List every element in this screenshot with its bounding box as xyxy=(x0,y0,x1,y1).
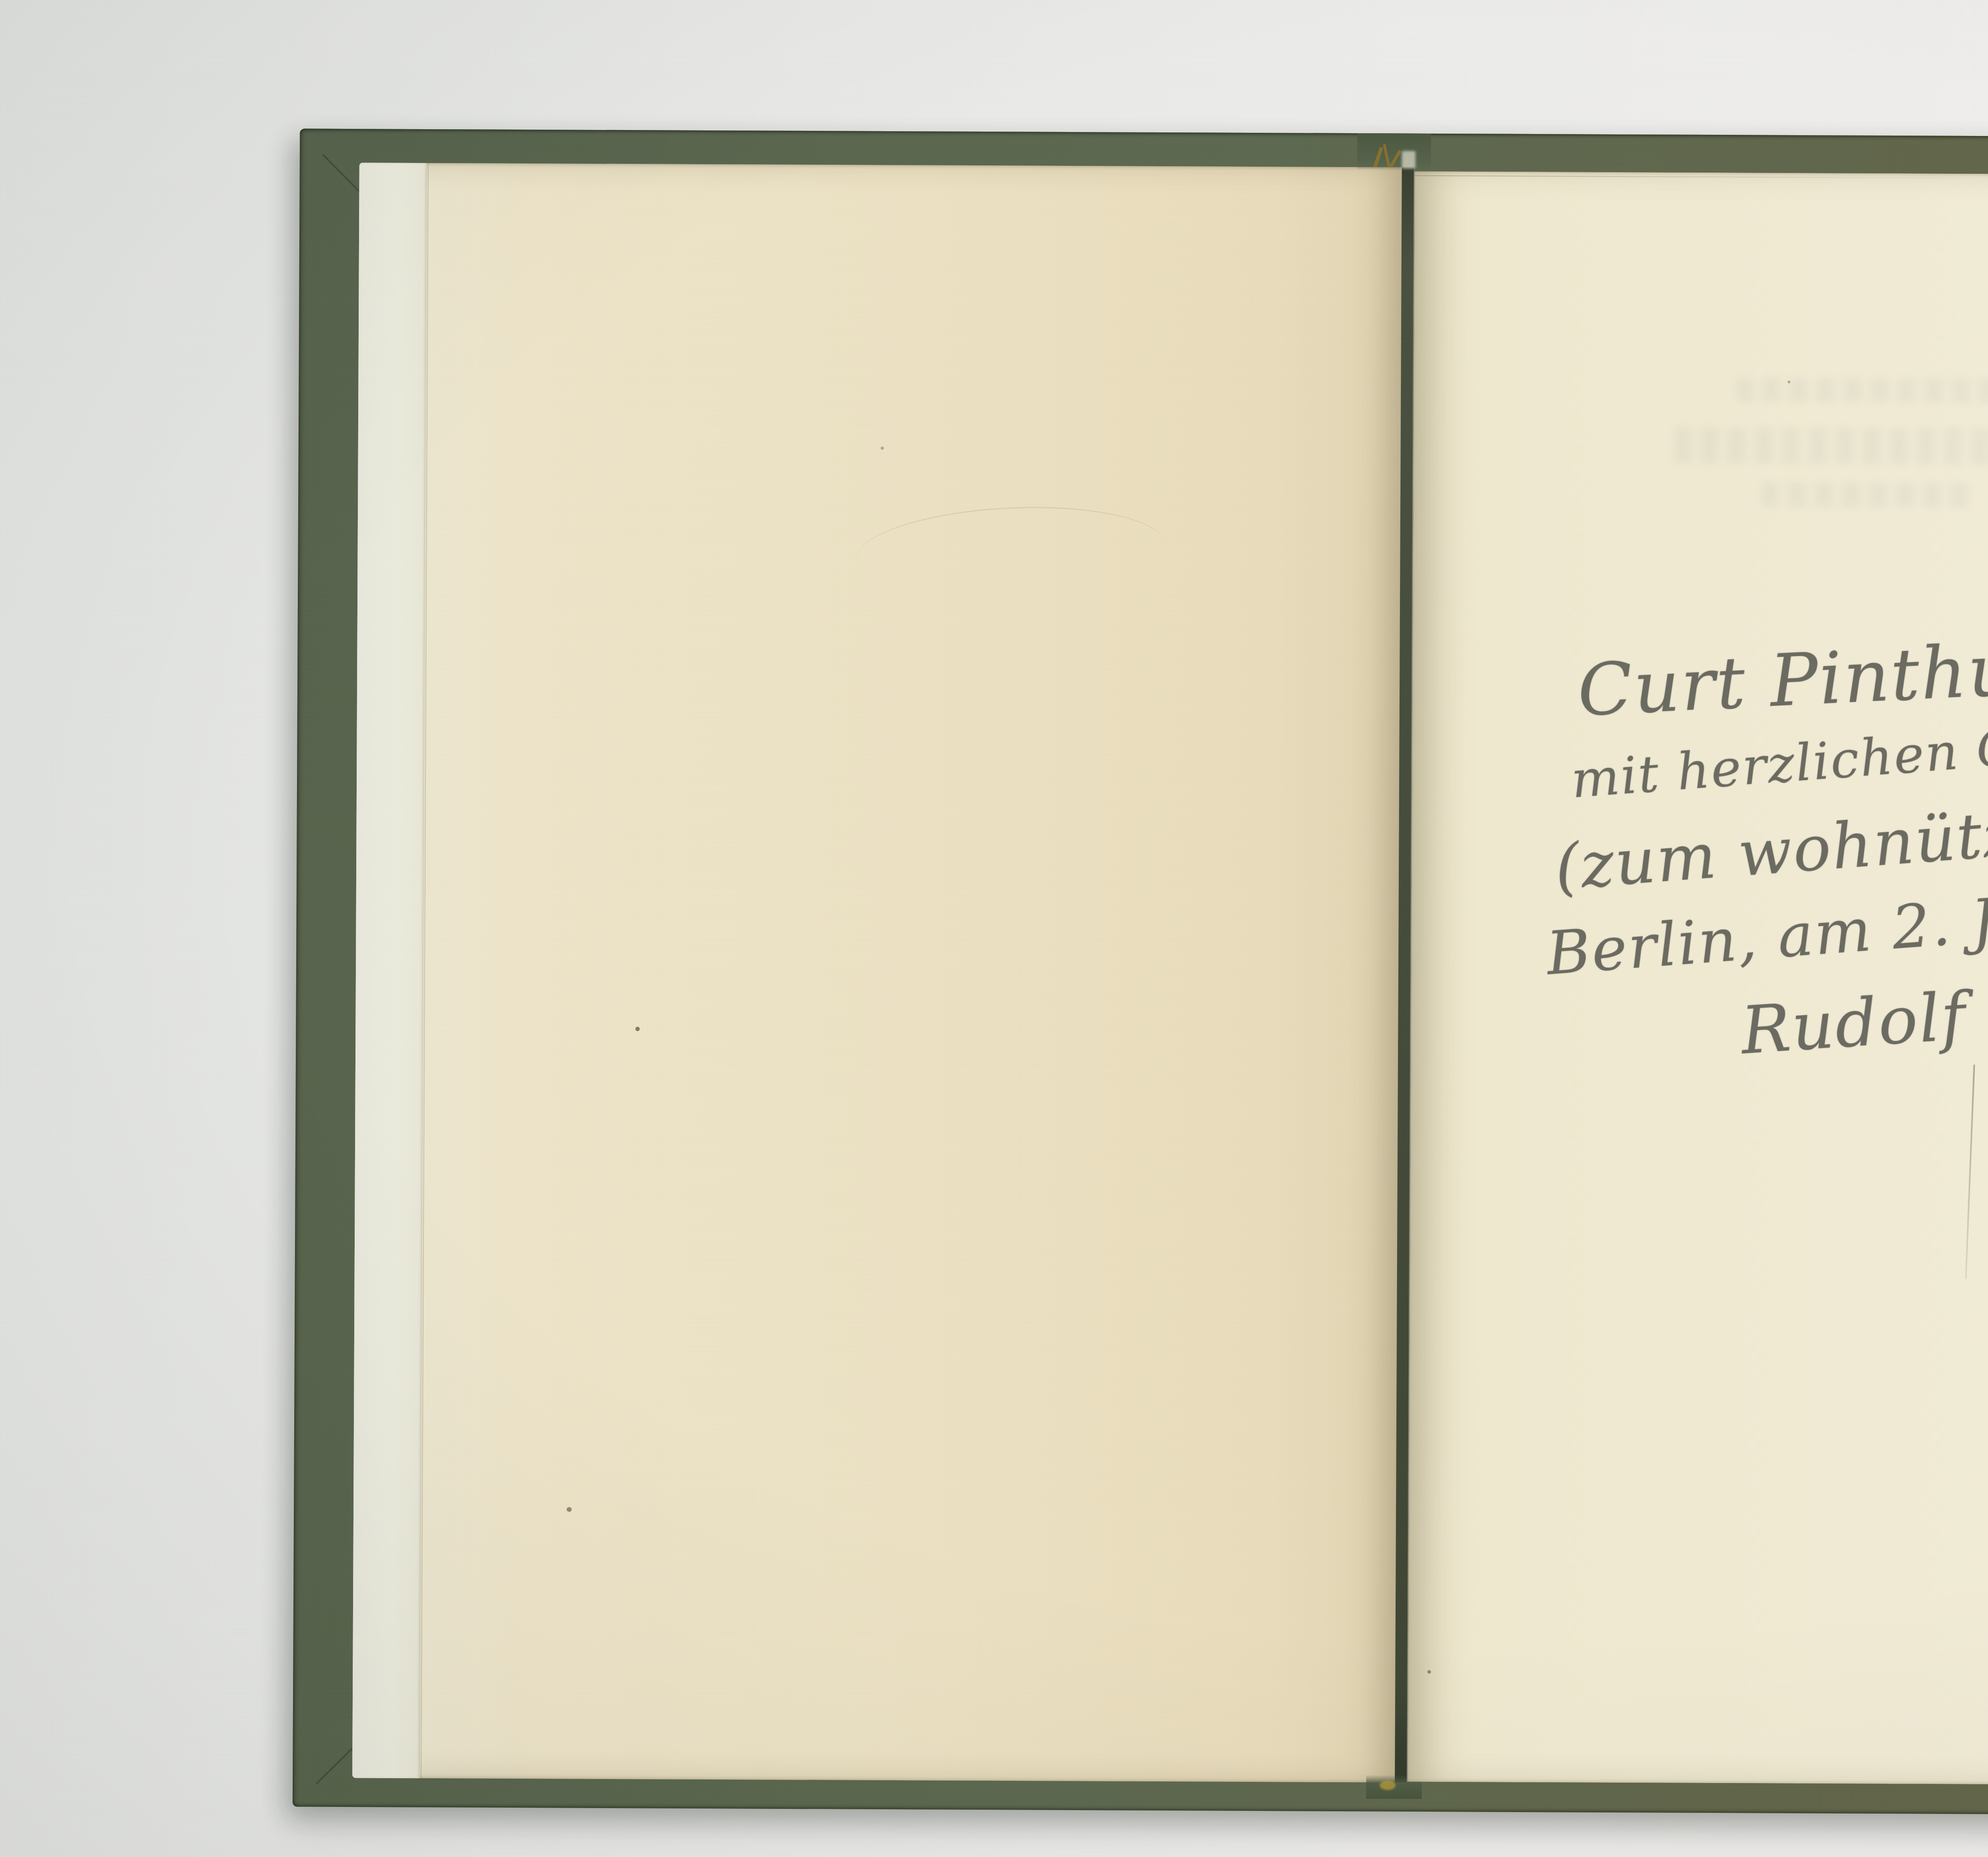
sheet-edge-line xyxy=(1415,175,1988,179)
left-page xyxy=(352,163,1403,1782)
spine-notch-top xyxy=(1357,133,1431,170)
frayed-thread xyxy=(1383,144,1390,167)
ghost-title-line xyxy=(1736,377,1988,403)
frayed-thread xyxy=(1390,150,1402,167)
ghost-title-line xyxy=(1674,427,1988,466)
ghost-title-line xyxy=(1761,482,1970,508)
inscription-line-recipient: Curt Pinthus xyxy=(1576,626,1988,732)
paper-speck xyxy=(881,447,884,450)
endpaper-strip xyxy=(352,163,427,1778)
paper-speck xyxy=(567,1507,572,1512)
paper-speck xyxy=(1788,381,1790,383)
book: Curt Pinthus mit herzlichen Grüßen (zum … xyxy=(293,129,1988,1816)
paper-speck xyxy=(1427,1670,1431,1674)
paper-wrinkle xyxy=(854,500,1166,560)
photo-background: Curt Pinthus mit herzlichen Grüßen (zum … xyxy=(0,0,1988,1857)
pencil-descender-stroke xyxy=(1965,1064,1975,1279)
spine-fleck xyxy=(1380,1780,1396,1790)
right-page: Curt Pinthus mit herzlichen Grüßen (zum … xyxy=(1407,171,1988,1786)
frayed-thread xyxy=(1373,147,1383,167)
paper-speck xyxy=(635,1027,640,1031)
spine-notch-highlight xyxy=(1402,151,1415,169)
